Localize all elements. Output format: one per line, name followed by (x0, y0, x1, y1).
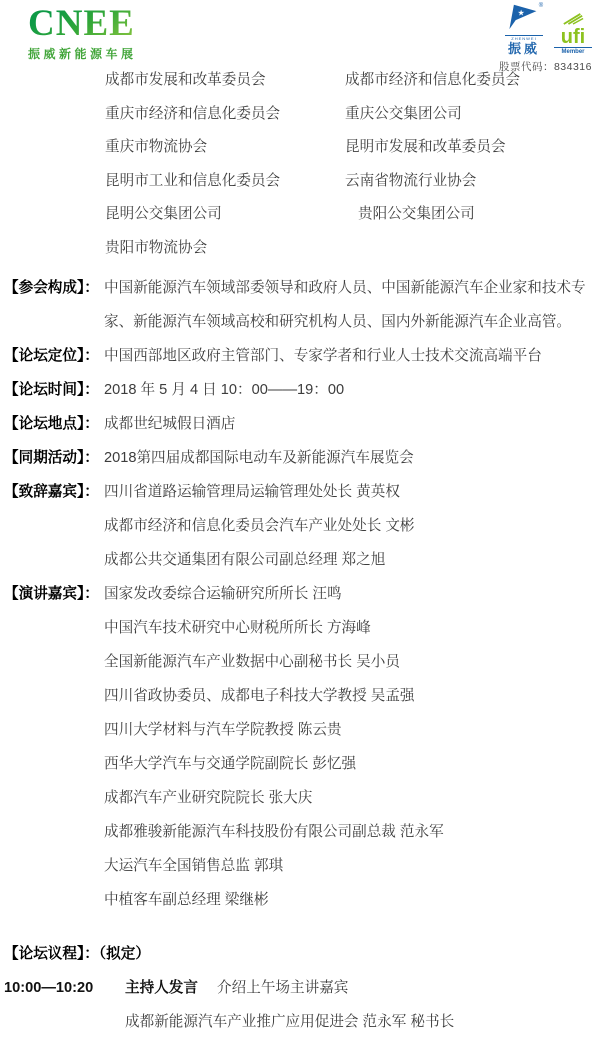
document-page: CNEE 振威新能源车展 ★ ® ZHENWEI 振威 (0, 0, 600, 1039)
section-label-text: 【论坛地点】 (4, 416, 84, 432)
section-concurrent-event: 【同期活动】： 2018第四届成都国际电动车及新能源汽车展览会 (0, 441, 600, 475)
agenda-heading: 【论坛议程】：（拟定） (0, 937, 600, 971)
section-attendees: 【参会构成】： 中国新能源汽车领域部委领导和政府人员、中国新能源汽车企业家和技术… (0, 271, 600, 339)
section-colon: ： (84, 586, 99, 602)
guest-line: 成都公共交通集团有限公司副总经理 郑之旭 (104, 543, 600, 577)
section-label-text: 【同期活动】 (4, 450, 84, 466)
section-content: 中国西部地区政府主管部门、专家学者和行业人士技术交流高端平台 (104, 348, 542, 364)
cnee-logo-subtitle: 振威新能源车展 (28, 45, 137, 62)
ufi-wing-icon (562, 12, 584, 25)
organizer-column-right: 成都市经济和信息化委员会 重庆公交集团公司 昆明市发展和改革委员会 云南省物流行… (345, 64, 520, 265)
zhenwei-name-label: 振威 (501, 42, 547, 55)
section-colon: ： (84, 484, 99, 500)
speaker-line: 四川省政协委员、成都电子科技大学教授 吴孟强 (104, 679, 600, 713)
header: CNEE 振威新能源车展 ★ ® ZHENWEI 振威 (0, 0, 600, 62)
organizer-column-left: 成都市发展和改革委员会 重庆市经济和信息化委员会 重庆市物流协会 昆明市工业和信… (105, 64, 345, 265)
sections: 【参会构成】： 中国新能源汽车领域部委领导和政府人员、中国新能源汽车企业家和技术… (0, 271, 600, 917)
section-colon: ： (84, 280, 99, 296)
speaker-line: 中植客车副总经理 梁继彬 (104, 883, 600, 917)
agenda: 【论坛议程】：（拟定） 10:00—10:20 主持人发言 介绍上午场主讲嘉宾 … (0, 937, 600, 1039)
speaker-line: 全国新能源汽车产业数据中心副秘书长 吴小员 (104, 645, 600, 679)
section-label: 【论坛时间】： (4, 373, 99, 407)
speaker-line: 成都雅骏新能源汽车科技股份有限公司副总裁 范永军 (104, 815, 600, 849)
organizer-item: 重庆公交集团公司 (345, 98, 520, 132)
ufi-logo: ufi Member (554, 12, 592, 55)
stock-code: 股票代码：834316 (482, 59, 592, 74)
section-label: 【论坛定位】： (4, 339, 99, 373)
right-logos: ★ ® ZHENWEI 振威 ufi Member 股票代码：834316 (482, 3, 592, 74)
section-colon: ： (84, 450, 99, 466)
organizer-item: 贵阳公交集团公司 (345, 198, 520, 232)
speaker-line: 中国汽车技术研究中心财税所所长 方海峰 (104, 611, 600, 645)
section-label: 【演讲嘉宾】： (4, 577, 99, 611)
organizer-item: 贵阳市物流协会 (105, 232, 345, 266)
cnee-logo-text: CNEE (28, 7, 137, 40)
zhenwei-logo: ★ ® ZHENWEI 振威 (501, 3, 547, 55)
registered-mark: ® (539, 3, 543, 9)
section-colon: ： (84, 416, 99, 432)
organizer-item: 昆明市发展和改革委员会 (345, 131, 520, 165)
section-content: 成都世纪城假日酒店 (104, 416, 235, 432)
section-label: 【致辞嘉宾】： (4, 475, 99, 509)
speaker-line: 成都汽车产业研究院院长 张大庆 (104, 781, 600, 815)
section-content: 2018第四届成都国际电动车及新能源汽车展览会 (104, 450, 414, 466)
section-label-text: 【论坛定位】 (4, 348, 84, 364)
section-label: 【同期活动】： (4, 441, 99, 475)
section-colon: ： (84, 382, 99, 398)
speaker-line: 大运汽车全国销售总监 郭琪 (104, 849, 600, 883)
guest-line: 成都市经济和信息化委员会汽车产业处处长 文彬 (104, 509, 600, 543)
section-time: 【论坛时间】： 2018 年 5 月 4 日 10：00——19：00 (0, 373, 600, 407)
cnee-logo: CNEE 振威新能源车展 (28, 7, 137, 62)
section-venue: 【论坛地点】： 成都世纪城假日酒店 (0, 407, 600, 441)
agenda-time: 10:00—10:20 (4, 971, 93, 1005)
speaker-line: 四川大学材料与汽车学院教授 陈云贵 (104, 713, 600, 747)
guest-line: 四川省道路运输管理局运输管理处处长 黄英权 (104, 475, 600, 509)
speaker-line: 西华大学汽车与交通学院副院长 彭忆强 (104, 747, 600, 781)
speaker-line: 国家发改委综合运输研究所所长 汪鸣 (104, 577, 600, 611)
section-label-text: 【论坛时间】 (4, 382, 84, 398)
agenda-continuation: 成都新能源汽车产业推广应用促进会 范永军 秘书长 (0, 1005, 600, 1039)
organizer-item: 成都市发展和改革委员会 (105, 64, 345, 98)
section-positioning: 【论坛定位】： 中国西部地区政府主管部门、专家学者和行业人士技术交流高端平台 (0, 339, 600, 373)
organizer-item: 云南省物流行业协会 (345, 165, 520, 199)
section-keynote-speakers: 【演讲嘉宾】： 国家发改委综合运输研究所所长 汪鸣 中国汽车技术研究中心财税所所… (0, 577, 600, 917)
section-label-text: 【参会构成】 (4, 280, 84, 296)
svg-text:★: ★ (517, 9, 524, 18)
section-content: 中国新能源汽车领域部委领导和政府人员、中国新能源汽车企业家和技术专家、新能源汽车… (104, 280, 586, 330)
agenda-row: 10:00—10:20 主持人发言 介绍上午场主讲嘉宾 (0, 971, 600, 1005)
agenda-label: 【论坛议程】 (4, 946, 84, 962)
organizer-item: 昆明公交集团公司 (105, 198, 345, 232)
ufi-member-label: Member (554, 47, 592, 55)
organizer-item: 昆明市工业和信息化委员会 (105, 165, 345, 199)
section-content: 2018 年 5 月 4 日 10：00——19：00 (104, 382, 344, 398)
logo-row: ★ ® ZHENWEI 振威 ufi Member (482, 3, 592, 55)
section-colon: ： (84, 348, 99, 364)
section-label-text: 【致辞嘉宾】 (4, 484, 84, 500)
ufi-name-label: ufi (554, 29, 592, 46)
agenda-item-title: 主持人发言 (125, 980, 198, 996)
section-label-text: 【演讲嘉宾】 (4, 586, 84, 602)
organizer-list: 成都市发展和改革委员会 重庆市经济和信息化委员会 重庆市物流协会 昆明市工业和信… (0, 64, 600, 265)
section-label: 【参会构成】： (4, 271, 99, 305)
agenda-suffix: ：（拟定） (84, 946, 150, 962)
organizer-item: 重庆市物流协会 (105, 131, 345, 165)
section-speech-guests: 【致辞嘉宾】： 四川省道路运输管理局运输管理处处长 黄英权 成都市经济和信息化委… (0, 475, 600, 577)
zhenwei-flag-icon: ★ (505, 3, 539, 30)
section-label: 【论坛地点】： (4, 407, 99, 441)
organizer-item: 重庆市经济和信息化委员会 (105, 98, 345, 132)
agenda-item-desc: 介绍上午场主讲嘉宾 (217, 980, 348, 996)
